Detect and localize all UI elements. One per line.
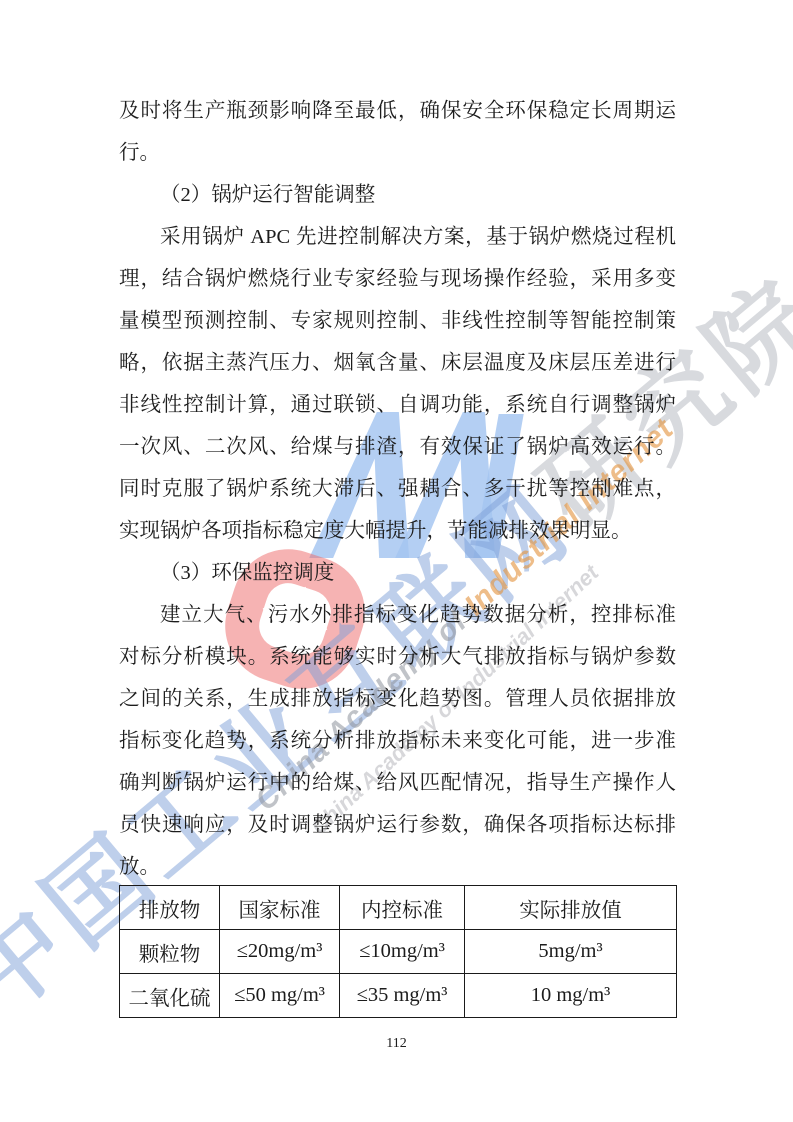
text-line: 对标分析模块。系统能够实时分析大气排放指标与锅炉参数 [119, 636, 676, 678]
column-header-internal-standard: 内控标准 [340, 886, 465, 930]
column-header-actual-emission: 实际排放值 [465, 886, 677, 930]
cell-pollutant: 二氧化硫 [120, 974, 220, 1018]
text-line: 指标变化趋势，系统分析排放指标未来变化可能，进一步准 [119, 720, 676, 762]
cell-pollutant: 颗粒物 [120, 930, 220, 974]
table-row: 颗粒物 ≤20mg/m³ ≤10mg/m³ 5mg/m³ [120, 930, 677, 974]
text-line: 采用锅炉 APC 先进控制解决方案，基于锅炉燃烧过程机 [119, 216, 676, 258]
text-line: 理，结合锅炉燃烧行业专家经验与现场操作经验，采用多变 [119, 258, 676, 300]
cell-internal-standard: ≤35 mg/m³ [340, 974, 465, 1018]
column-header-national-standard: 国家标准 [220, 886, 340, 930]
cell-national-standard: ≤20mg/m³ [220, 930, 340, 974]
text-line: 同时克服了锅炉系统大滞后、强耦合、多干扰等控制难点， [119, 468, 676, 510]
text-line: 员快速响应，及时调整锅炉运行参数，确保各项指标达标排 [119, 804, 676, 846]
table-header-row: 排放物 国家标准 内控标准 实际排放值 [120, 886, 677, 930]
text-line: 非线性控制计算，通过联锁、自调功能，系统自行调整锅炉 [119, 384, 676, 426]
text-line: 实现锅炉各项指标稳定度大幅提升，节能减排效果明显。 [119, 510, 676, 552]
emissions-table: 排放物 国家标准 内控标准 实际排放值 颗粒物 ≤20mg/m³ ≤10mg/m… [119, 885, 677, 1018]
text-line: 量模型预测控制、专家规则控制、非线性控制等智能控制策 [119, 300, 676, 342]
text-line: 之间的关系，生成排放指标变化趋势图。管理人员依据排放 [119, 678, 676, 720]
section-heading-3: （3）环保监控调度 [119, 552, 676, 594]
cell-actual-emission: 10 mg/m³ [465, 974, 677, 1018]
section-heading-2: （2）锅炉运行智能调整 [119, 174, 676, 216]
cell-national-standard: ≤50 mg/m³ [220, 974, 340, 1018]
text-line: 及时将生产瓶颈影响降至最低，确保安全环保稳定长周期运 [119, 90, 676, 132]
page-number: 112 [0, 1036, 793, 1052]
text-line: 一次风、二次风、给煤与排渣，有效保证了锅炉高效运行。 [119, 426, 676, 468]
body-text: 及时将生产瓶颈影响降至最低，确保安全环保稳定长周期运 行。 （2）锅炉运行智能调… [119, 90, 676, 888]
cell-internal-standard: ≤10mg/m³ [340, 930, 465, 974]
document-page: 中国工业互联网研究院 China Academy of Industrial I… [0, 0, 793, 1122]
table-row: 二氧化硫 ≤50 mg/m³ ≤35 mg/m³ 10 mg/m³ [120, 974, 677, 1018]
text-line: 确判断锅炉运行中的给煤、给风匹配情况，指导生产操作人 [119, 762, 676, 804]
text-line: 行。 [119, 132, 676, 174]
cell-actual-emission: 5mg/m³ [465, 930, 677, 974]
text-line: 放。 [119, 846, 676, 888]
text-line: 略，依据主蒸汽压力、烟氧含量、床层温度及床层压差进行 [119, 342, 676, 384]
text-line: 建立大气、污水外排指标变化趋势数据分析，控排标准 [119, 594, 676, 636]
column-header-pollutant: 排放物 [120, 886, 220, 930]
